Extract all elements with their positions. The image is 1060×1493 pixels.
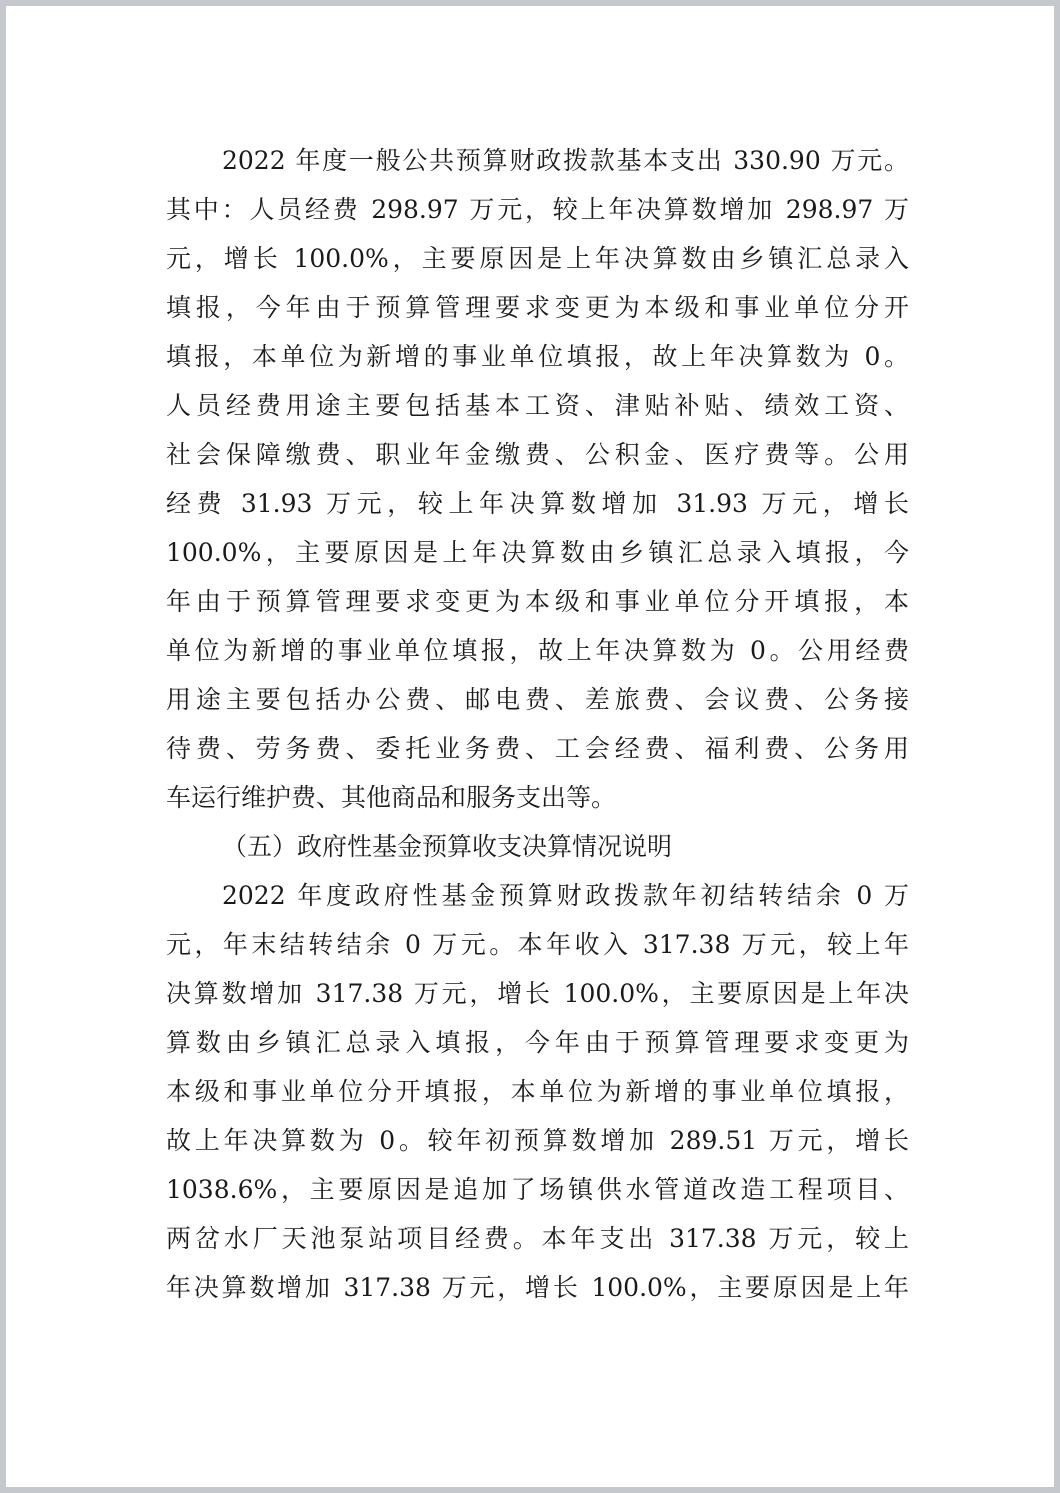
paragraph-line: 填报，本单位为新增的事业单位填报，故上年决算数为 0。 [166,339,909,375]
paragraph-line: 2022 年度一般公共预算财政拨款基本支出 330.90 万元。 [222,143,909,179]
document-page: 2022 年度一般公共预算财政拨款基本支出 330.90 万元。 其中：人员经费… [6,6,1054,1487]
paragraph-line: 算数由乡镇汇总录入填报，今年由于预算管理要求变更为 [166,1025,909,1061]
paragraph-line: 1038.6%，主要原因是追加了场镇供水管道改造工程项目、 [166,1172,909,1208]
paragraph-line: 2022 年度政府性基金预算财政拨款年初结转结余 0 万 [222,878,909,914]
paragraph-line: 100.0%，主要原因是上年决算数由乡镇汇总录入填报，今 [166,535,909,571]
paragraph-line: 元，年末结转结余 0 万元。本年收入 317.38 万元，较上年 [166,927,909,963]
paragraph-line: 其中：人员经费 298.97 万元，较上年决算数增加 298.97 万 [166,192,909,228]
paragraph-line: 本级和事业单位分开填报，本单位为新增的事业单位填报， [166,1074,909,1110]
paragraph-line: 元，增长 100.0%，主要原因是上年决算数由乡镇汇总录入 [166,241,909,277]
paragraph-line: 决算数增加 317.38 万元，增长 100.0%，主要原因是上年决 [166,976,909,1012]
paragraph-line: 年由于预算管理要求变更为本级和事业单位分开填报，本 [166,584,909,620]
paragraph-line: 社会保障缴费、职业年金缴费、公积金、医疗费等。公用 [166,437,909,473]
paragraph-line: 两岔水厂天池泵站项目经费。本年支出 317.38 万元，较上 [166,1221,909,1257]
paragraph-line: 用途主要包括办公费、邮电费、差旅费、会议费、公务接 [166,682,909,718]
paragraph-line: 经费 31.93 万元，较上年决算数增加 31.93 万元，增长 [166,486,909,522]
paragraph-line: 填报，今年由于预算管理要求变更为本级和事业单位分开 [166,290,909,326]
section-heading: （五）政府性基金预算收支决算情况说明 [222,829,672,865]
paragraph-line: 车运行维护费、其他商品和服务支出等。 [166,780,909,816]
paragraph-line: 单位为新增的事业单位填报，故上年决算数为 0。公用经费 [166,633,909,669]
paragraph-line: 年决算数增加 317.38 万元，增长 100.0%，主要原因是上年 [166,1270,909,1306]
paragraph-line: 人员经费用途主要包括基本工资、津贴补贴、绩效工资、 [166,388,909,424]
paragraph-line: 故上年决算数为 0。较年初预算数增加 289.51 万元，增长 [166,1123,909,1159]
paragraph-line: 待费、劳务费、委托业务费、工会经费、福利费、公务用 [166,731,909,767]
